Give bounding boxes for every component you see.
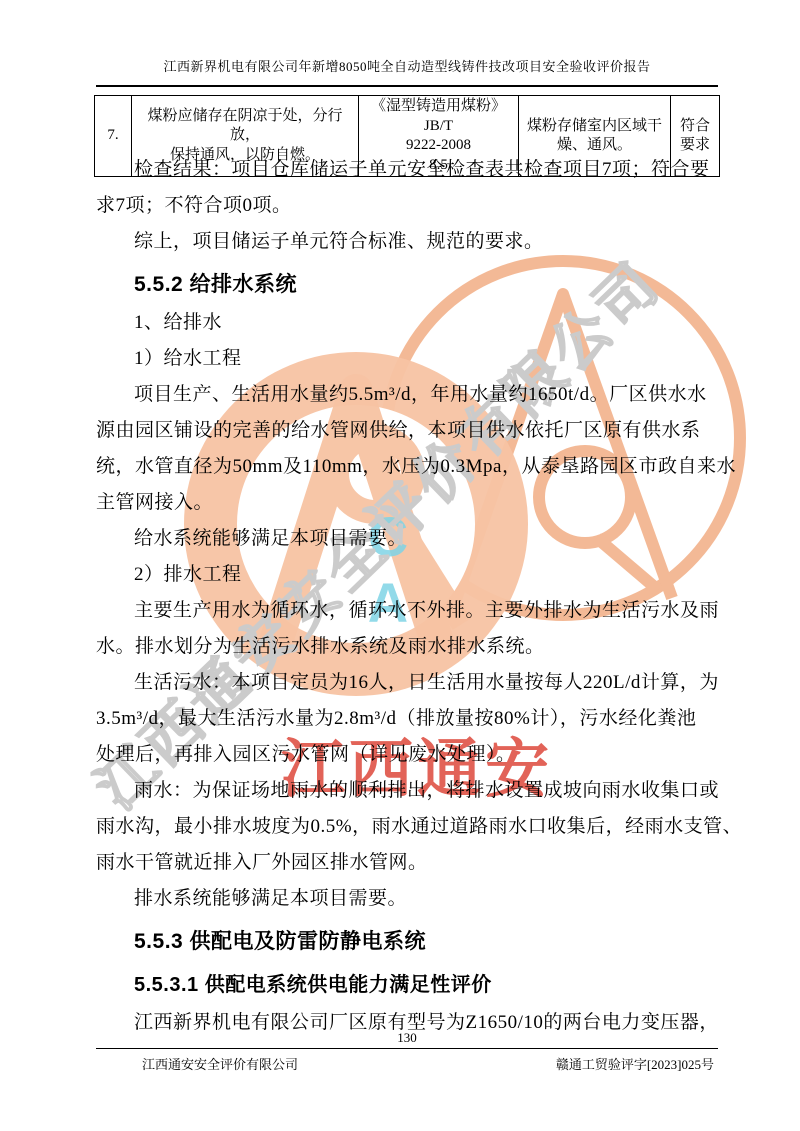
body-line: 源由园区铺设的完善的给水管网供给，本项目供水依托厂区原有供水系 — [96, 413, 720, 449]
document-body: 检查结果：项目仓库储运子单元安全检查表共检查项目7项；符合要求7项；不符合项0项… — [96, 152, 720, 1041]
body-line: 排水系统能够满足本项目需要。 — [96, 881, 720, 917]
body-line: 1、给排水 — [96, 305, 720, 341]
body-line: 水。排水划分为生活污水排水系统及雨水排水系统。 — [96, 629, 720, 665]
report-page: 江西新界机电有限公司年新增8050吨全自动造型线铸件技改项目安全验收评价报告 7… — [0, 0, 800, 1131]
body-line: 处理后，再排入园区污水管网（详见废水处理）。 — [96, 737, 720, 773]
section-heading: 5.5.3.1 供配电系统供电能力满足性评价 — [96, 965, 720, 1005]
cell-line: 《湿型铸造用煤粉》JB/T — [361, 97, 516, 136]
body-line: 项目生产、生活用水量约5.5m³/d，年用水量约1650t/d。厂区供水水 — [96, 377, 720, 413]
body-line: 综上，项目储运子单元符合标准、规范的要求。 — [96, 224, 720, 260]
page-header-title: 江西新界机电有限公司年新增8050吨全自动造型线铸件技改项目安全验收评价报告 — [96, 56, 718, 75]
footer-company-name: 江西通安安全评价有限公司 — [142, 1054, 298, 1073]
body-line: 统，水管直径为50mm及110mm，水压为0.3Mpa，从泰垦路园区市政自来水 — [96, 449, 720, 485]
section-heading: 5.5.3 供配电及防雷防静电系统 — [96, 922, 720, 962]
cell-line: 符合 — [673, 117, 717, 137]
body-line: 生活污水：本项目定员为16人，日生活用水量按每人220L/d计算，为 — [96, 665, 720, 701]
footer-rule — [96, 1048, 718, 1049]
body-line: 给水系统能够满足本项目需要。 — [96, 521, 720, 557]
body-line: 雨水沟，最小排水坡度为0.5%，雨水通过道路雨水口收集后，经雨水支管、 — [96, 809, 720, 845]
body-line: 1）给水工程 — [96, 341, 720, 377]
body-line: 2）排水工程 — [96, 557, 720, 593]
footer-doc-number: 赣通工贸验评字[2023]025号 — [556, 1054, 714, 1073]
body-line: 3.5m³/d，最大生活污水量为2.8m³/d（排放量按80%计），污水经化粪池 — [96, 701, 720, 737]
body-line: 求7项；不符合项0项。 — [96, 188, 720, 224]
page-number: 130 — [96, 1030, 718, 1046]
section-heading: 5.5.2 给排水系统 — [96, 265, 720, 305]
header-rule — [96, 85, 718, 87]
body-line: 雨水干管就近排入厂外园区排水管网。 — [96, 845, 720, 881]
body-line: 主要生产用水为循环水，循环水不外排。主要外排水为生活污水及雨 — [96, 593, 720, 629]
cell-line: 煤粉存储室内区域干 — [521, 117, 668, 137]
body-line: 检查结果：项目仓库储运子单元安全检查表共检查项目7项；符合要 — [96, 152, 720, 188]
body-line: 雨水：为保证场地雨水的顺利排出，将排水设置成坡向雨水收集口或 — [96, 773, 720, 809]
cell-line: 煤粉应储存在阴凉于处，分行放， — [134, 107, 356, 146]
body-line: 主管网接入。 — [96, 485, 720, 521]
